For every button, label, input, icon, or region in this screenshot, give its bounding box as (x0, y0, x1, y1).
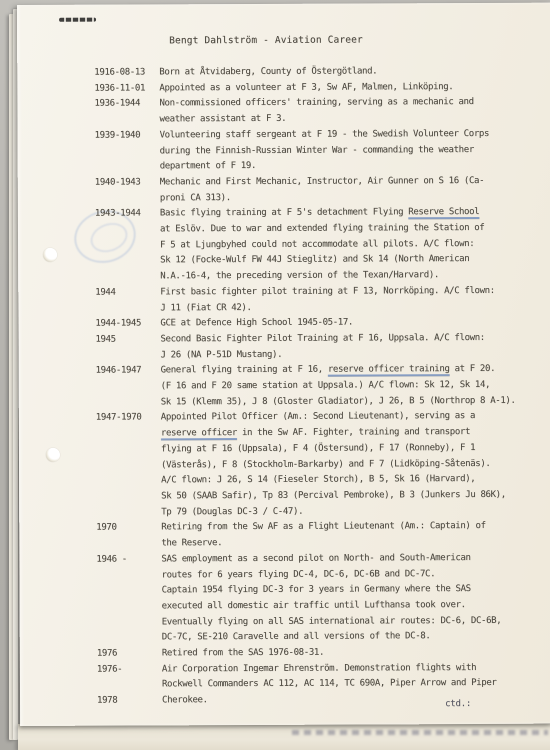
entry-description: GCE at Defence High School 1945-05-17. (160, 315, 537, 332)
entry-description: SAS employment as a second pilot on Nort… (161, 551, 538, 647)
scanned-document-photo: { "colors":{ "bg_outer":"#b3b1ac", "pape… (0, 0, 550, 750)
description-line: (Västerås), F 8 (Stockholm-Barkarby) and… (161, 456, 538, 473)
entry-date: 1978 (97, 693, 162, 709)
entry-description: Retired from the SAS 1976-08-31. (162, 645, 539, 662)
entry-description: Second Basic Fighter Pilot Training at F… (160, 331, 537, 364)
description-line: Eventually flying on all SAS internation… (162, 613, 539, 630)
entry-date: 1946 - (96, 552, 161, 647)
career-entry: 1970Retiring from the Sw AF as a Flight … (96, 519, 538, 552)
next-page-edge (18, 724, 550, 750)
description-line: flying at F 16 (Uppsala), F 4 (Östersund… (161, 441, 538, 458)
pen-underline-mark: Reserve School (408, 207, 479, 217)
entry-description: Basic flying training at F 5's detachmen… (160, 205, 537, 285)
pen-underline-mark: reserve officer training (328, 364, 450, 375)
description-line: Rockwell Commanders AC 112, AC 114, TC 6… (162, 676, 539, 693)
career-timeline: 1916-08-13Born at Åtvidaberg, County of … (94, 64, 539, 710)
career-entry: 1936-11-01Appointed as a volunteer at F … (94, 79, 536, 97)
entry-date: 1936-11-01 (94, 81, 159, 97)
description-line: (F 16 and F 20 same station at Uppsala.)… (161, 378, 538, 395)
description-line: Tp 79 (Douglas DC-3 / C-47). (161, 503, 538, 520)
entry-date: 1936-1944 (94, 97, 159, 129)
description-line: routes for 6 years flying DC-4, DC-6, DC… (161, 566, 538, 583)
entry-description: Cherokee. (162, 692, 539, 709)
career-entry: 1936-1944Non-commissioned officers' trai… (94, 95, 536, 128)
description-line: reserve officer in the Sw AF. Fighter, t… (161, 425, 538, 442)
career-entry: 1978Cherokee. (97, 692, 539, 710)
career-entry: 1945Second Basic Fighter Pilot Training … (95, 331, 537, 364)
entry-description: Born at Åtvidaberg, County of Östergötla… (159, 64, 536, 81)
entry-date: 1946-1947 (96, 364, 161, 411)
career-entry: 1946-1947General flying training at F 16… (96, 362, 538, 411)
career-entry: 1944-1945GCE at Defence High School 1945… (95, 315, 537, 333)
description-line: executed all domestic air traffic until … (162, 598, 539, 615)
career-entry: 1940-1943Mechanic and First Mechanic, In… (95, 174, 537, 207)
punch-hole-top (43, 248, 57, 262)
description-line: the Reserve. (161, 535, 538, 552)
entry-date: 1939-1940 (95, 128, 160, 175)
description-line: F 5 at Ljungbyhed could not accommodate … (160, 236, 537, 253)
entry-description: Mechanic and First Mechanic, Instructor,… (160, 174, 537, 207)
entry-description: Air Corporation Ingemar Ehrenström. Demo… (162, 660, 539, 693)
entry-date: 1940-1943 (95, 175, 160, 207)
description-line: DC-7C, SE-210 Caravelle and all versions… (162, 629, 539, 646)
description-line: Volunteering staff sergeant at F 19 - th… (160, 127, 537, 144)
description-line: weather assistant at F 3. (159, 111, 536, 128)
description-line: Air Corporation Ingemar Ehrenström. Demo… (162, 660, 539, 677)
entry-description: First basic fighter pilot training at F … (160, 284, 537, 317)
description-line: A/C flown: J 26, S 14 (Fieseler Storch),… (161, 472, 538, 489)
career-entry: 1947-1970Appointed Pilot Officer (Am.: S… (96, 409, 538, 521)
entry-description: Appointed Pilot Officer (Am.: Second Lie… (161, 409, 538, 521)
description-line: First basic fighter pilot training at F … (160, 284, 537, 301)
continued-note: ctd.: (445, 699, 471, 709)
description-line: Appointed as a volunteer at F 3, Sw AF, … (159, 79, 536, 96)
description-line: Second Basic Fighter Pilot Training at F… (160, 331, 537, 348)
description-line: J 26 (NA P-51D Mustang). (160, 346, 537, 363)
entry-date: 1947-1970 (96, 411, 161, 521)
entry-date: 1943-1944 (95, 207, 160, 286)
pen-underline-mark: reserve officer (161, 428, 237, 438)
description-line: Born at Åtvidaberg, County of Östergötla… (159, 64, 536, 81)
punch-hole-bottom (46, 448, 60, 462)
career-entry: 1939-1940Volunteering staff sergeant at … (95, 127, 537, 176)
description-line: during the Finnish-Russian Winter War - … (160, 142, 537, 159)
description-line: Non-commissioned officers' training, ser… (159, 95, 536, 112)
entry-description: Retiring from the Sw AF as a Flight Lieu… (161, 519, 538, 552)
entry-description: General flying training at F 16, reserve… (161, 362, 538, 411)
entry-date: 1944-1945 (95, 317, 160, 333)
entry-description: Appointed as a volunteer at F 3, Sw AF, … (159, 79, 536, 96)
description-line: Sk 50 (SAAB Safir), Tp 83 (Percival Pemb… (161, 488, 538, 505)
entry-date: 1976 (97, 646, 162, 662)
career-entry: 1943-1944Basic flying training at F 5's … (95, 205, 537, 285)
career-entry: 1916-08-13Born at Åtvidaberg, County of … (94, 64, 536, 82)
career-entry: 1976Retired from the SAS 1976-08-31. (97, 645, 539, 663)
page-title: Bengt Dahlström - Aviation Career (169, 34, 363, 46)
entry-date: 1944 (95, 285, 160, 317)
next-page-ghost-text (292, 730, 548, 735)
description-line: at Eslöv. Due to war and extended flying… (160, 221, 537, 238)
description-line: Basic flying training at F 5's detachmen… (160, 205, 537, 222)
entry-description: Volunteering staff sergeant at F 19 - th… (160, 127, 537, 176)
career-entry: 1946 -SAS employment as a second pilot o… (96, 551, 538, 647)
career-entry: 1944First basic fighter pilot training a… (95, 284, 537, 317)
description-line: Mechanic and First Mechanic, Instructor,… (160, 174, 537, 191)
entry-date: 1970 (96, 521, 161, 553)
description-line: Sk 15 (Klemm 35), J 8 (Gloster Gladiator… (161, 393, 538, 410)
description-line: N.A.-16-4, the preceding version of the … (160, 268, 537, 285)
description-line: department of F 19. (160, 158, 537, 175)
description-line: Retiring from the Sw AF as a Flight Lieu… (161, 519, 538, 536)
description-line: J 11 (Fiat CR 42). (160, 299, 537, 316)
description-line: SAS employment as a second pilot on Nort… (161, 551, 538, 568)
description-line: GCE at Defence High School 1945-05-17. (160, 315, 537, 332)
entry-date: 1916-08-13 (94, 65, 159, 81)
description-line: Retired from the SAS 1976-08-31. (162, 645, 539, 662)
description-line: Captain 1954 flying DC-3 for 3 years in … (162, 582, 539, 599)
description-line: proni CA 313). (160, 189, 537, 206)
entry-date: 1976- (97, 662, 162, 694)
paper-sheet: Bengt Dahlström - Aviation Career 1916-0… (17, 3, 550, 726)
description-line: Sk 12 (Focke-Wulf FW 44J Stieglitz) and … (160, 252, 537, 269)
entry-description: Non-commissioned officers' training, ser… (159, 95, 536, 128)
description-line: General flying training at F 16, reserve… (161, 362, 538, 379)
career-entry: 1976-Air Corporation Ingemar Ehrenström.… (97, 660, 539, 693)
description-line: Appointed Pilot Officer (Am.: Second Lie… (161, 409, 538, 426)
staple-mark (59, 18, 96, 22)
description-line: Cherokee. (162, 692, 539, 709)
entry-date: 1945 (95, 332, 160, 364)
